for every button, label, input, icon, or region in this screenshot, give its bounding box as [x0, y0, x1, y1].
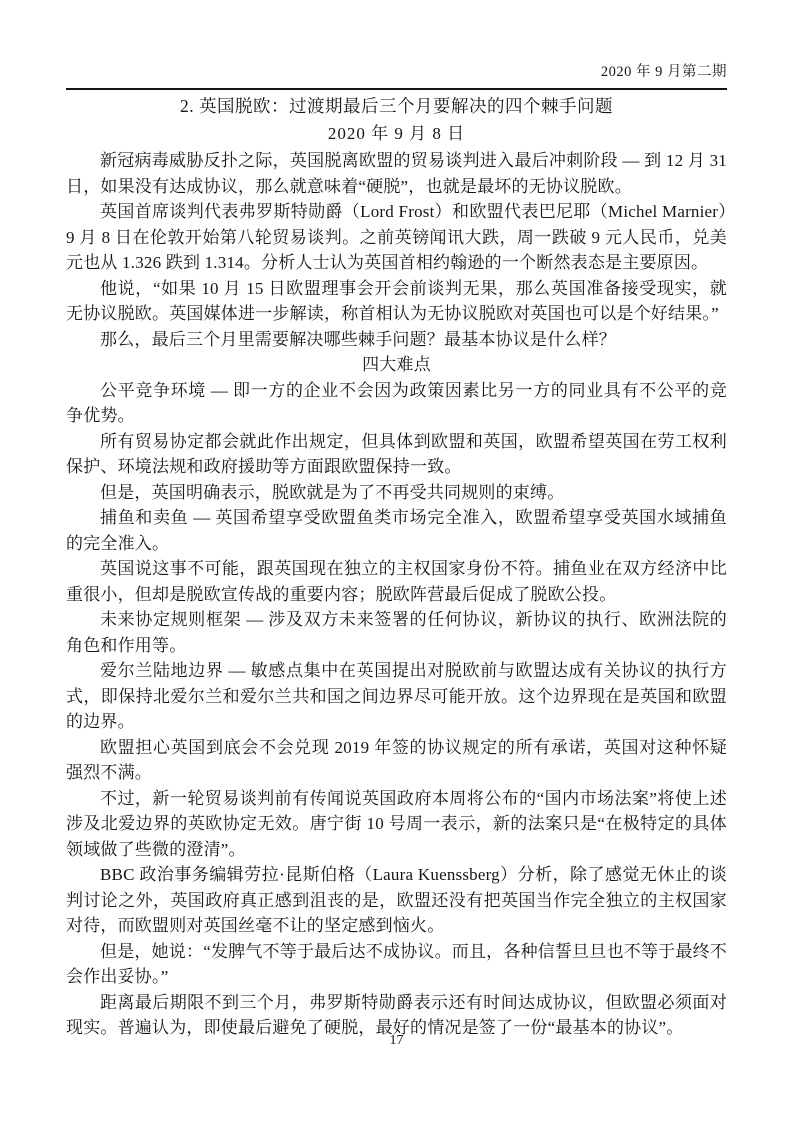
paragraph: 公平竞争环境 — 即一方的企业不会因为政策因素比另一方的同业具有不公平的竞争优势… [66, 378, 727, 429]
paragraph: 捕鱼和卖鱼 — 英国希望享受欧盟鱼类市场完全准入，欧盟希望享受英国水域捕鱼的完全… [66, 505, 727, 556]
paragraph: 但是，英国明确表示，脱欧就是为了不再受共同规则的束缚。 [66, 480, 727, 506]
paragraph: 他说，“如果 10 月 15 日欧盟理事会开会前谈判无果，那么英国准备接受现实，… [66, 276, 727, 327]
issue-label: 2020 年 9 月第二期 [601, 64, 727, 80]
section-heading: 四大难点 [66, 352, 727, 378]
article: 2. 英国脱欧：过渡期最后三个月要解决的四个棘手问题 2020 年 9 月 8 … [66, 93, 727, 1041]
paragraph: 未来协定规则框架 — 涉及双方未来签署的任何协议，新协议的执行、欧洲法院的角色和… [66, 607, 727, 658]
article-date: 2020 年 9 月 8 日 [66, 120, 727, 147]
paragraph: 英国首席谈判代表弗罗斯特勋爵（Lord Frost）和欧盟代表巴尼耶（Miche… [66, 199, 727, 276]
paragraph: 英国说这事不可能，跟英国现在独立的主权国家身份不符。捕鱼业在双方经济中比重很小，… [66, 556, 727, 607]
paragraph: 但是，她说：“发脾气不等于最后达不成协议。而且，各种信誓旦旦也不等于最终不会作出… [66, 939, 727, 990]
document-page: 2020 年 9 月第二期 2. 英国脱欧：过渡期最后三个月要解决的四个棘手问题… [0, 0, 793, 1122]
page-number: 17 [390, 1033, 404, 1048]
article-title: 2. 英国脱欧：过渡期最后三个月要解决的四个棘手问题 [66, 93, 727, 120]
page-footer: 17 [0, 1033, 793, 1049]
article-body: 新冠病毒威胁反扑之际，英国脱离欧盟的贸易谈判进入最后冲刺阶段 — 到 12 月 … [66, 148, 727, 1041]
paragraph: 不过，新一轮贸易谈判前有传闻说英国政府本周将公布的“国内市场法案”将使上述涉及北… [66, 786, 727, 863]
paragraph: 所有贸易协定都会就此作出规定，但具体到欧盟和英国，欧盟希望英国在劳工权利保护、环… [66, 429, 727, 480]
paragraph: 欧盟担心英国到底会不会兑现 2019 年签的协议规定的所有承诺，英国对这种怀疑强… [66, 735, 727, 786]
page-header: 2020 年 9 月第二期 [66, 0, 727, 80]
paragraph: 爱尔兰陆地边界 — 敏感点集中在英国提出对脱欧前与欧盟达成有关协议的执行方式，即… [66, 658, 727, 735]
header-divider [66, 88, 727, 90]
paragraph: BBC 政治事务编辑劳拉·昆斯伯格（Laura Kuenssberg）分析，除了… [66, 862, 727, 939]
paragraph: 那么，最后三个月里需要解决哪些棘手问题？最基本协议是什么样？ [66, 327, 727, 353]
paragraph: 新冠病毒威胁反扑之际，英国脱离欧盟的贸易谈判进入最后冲刺阶段 — 到 12 月 … [66, 148, 727, 199]
